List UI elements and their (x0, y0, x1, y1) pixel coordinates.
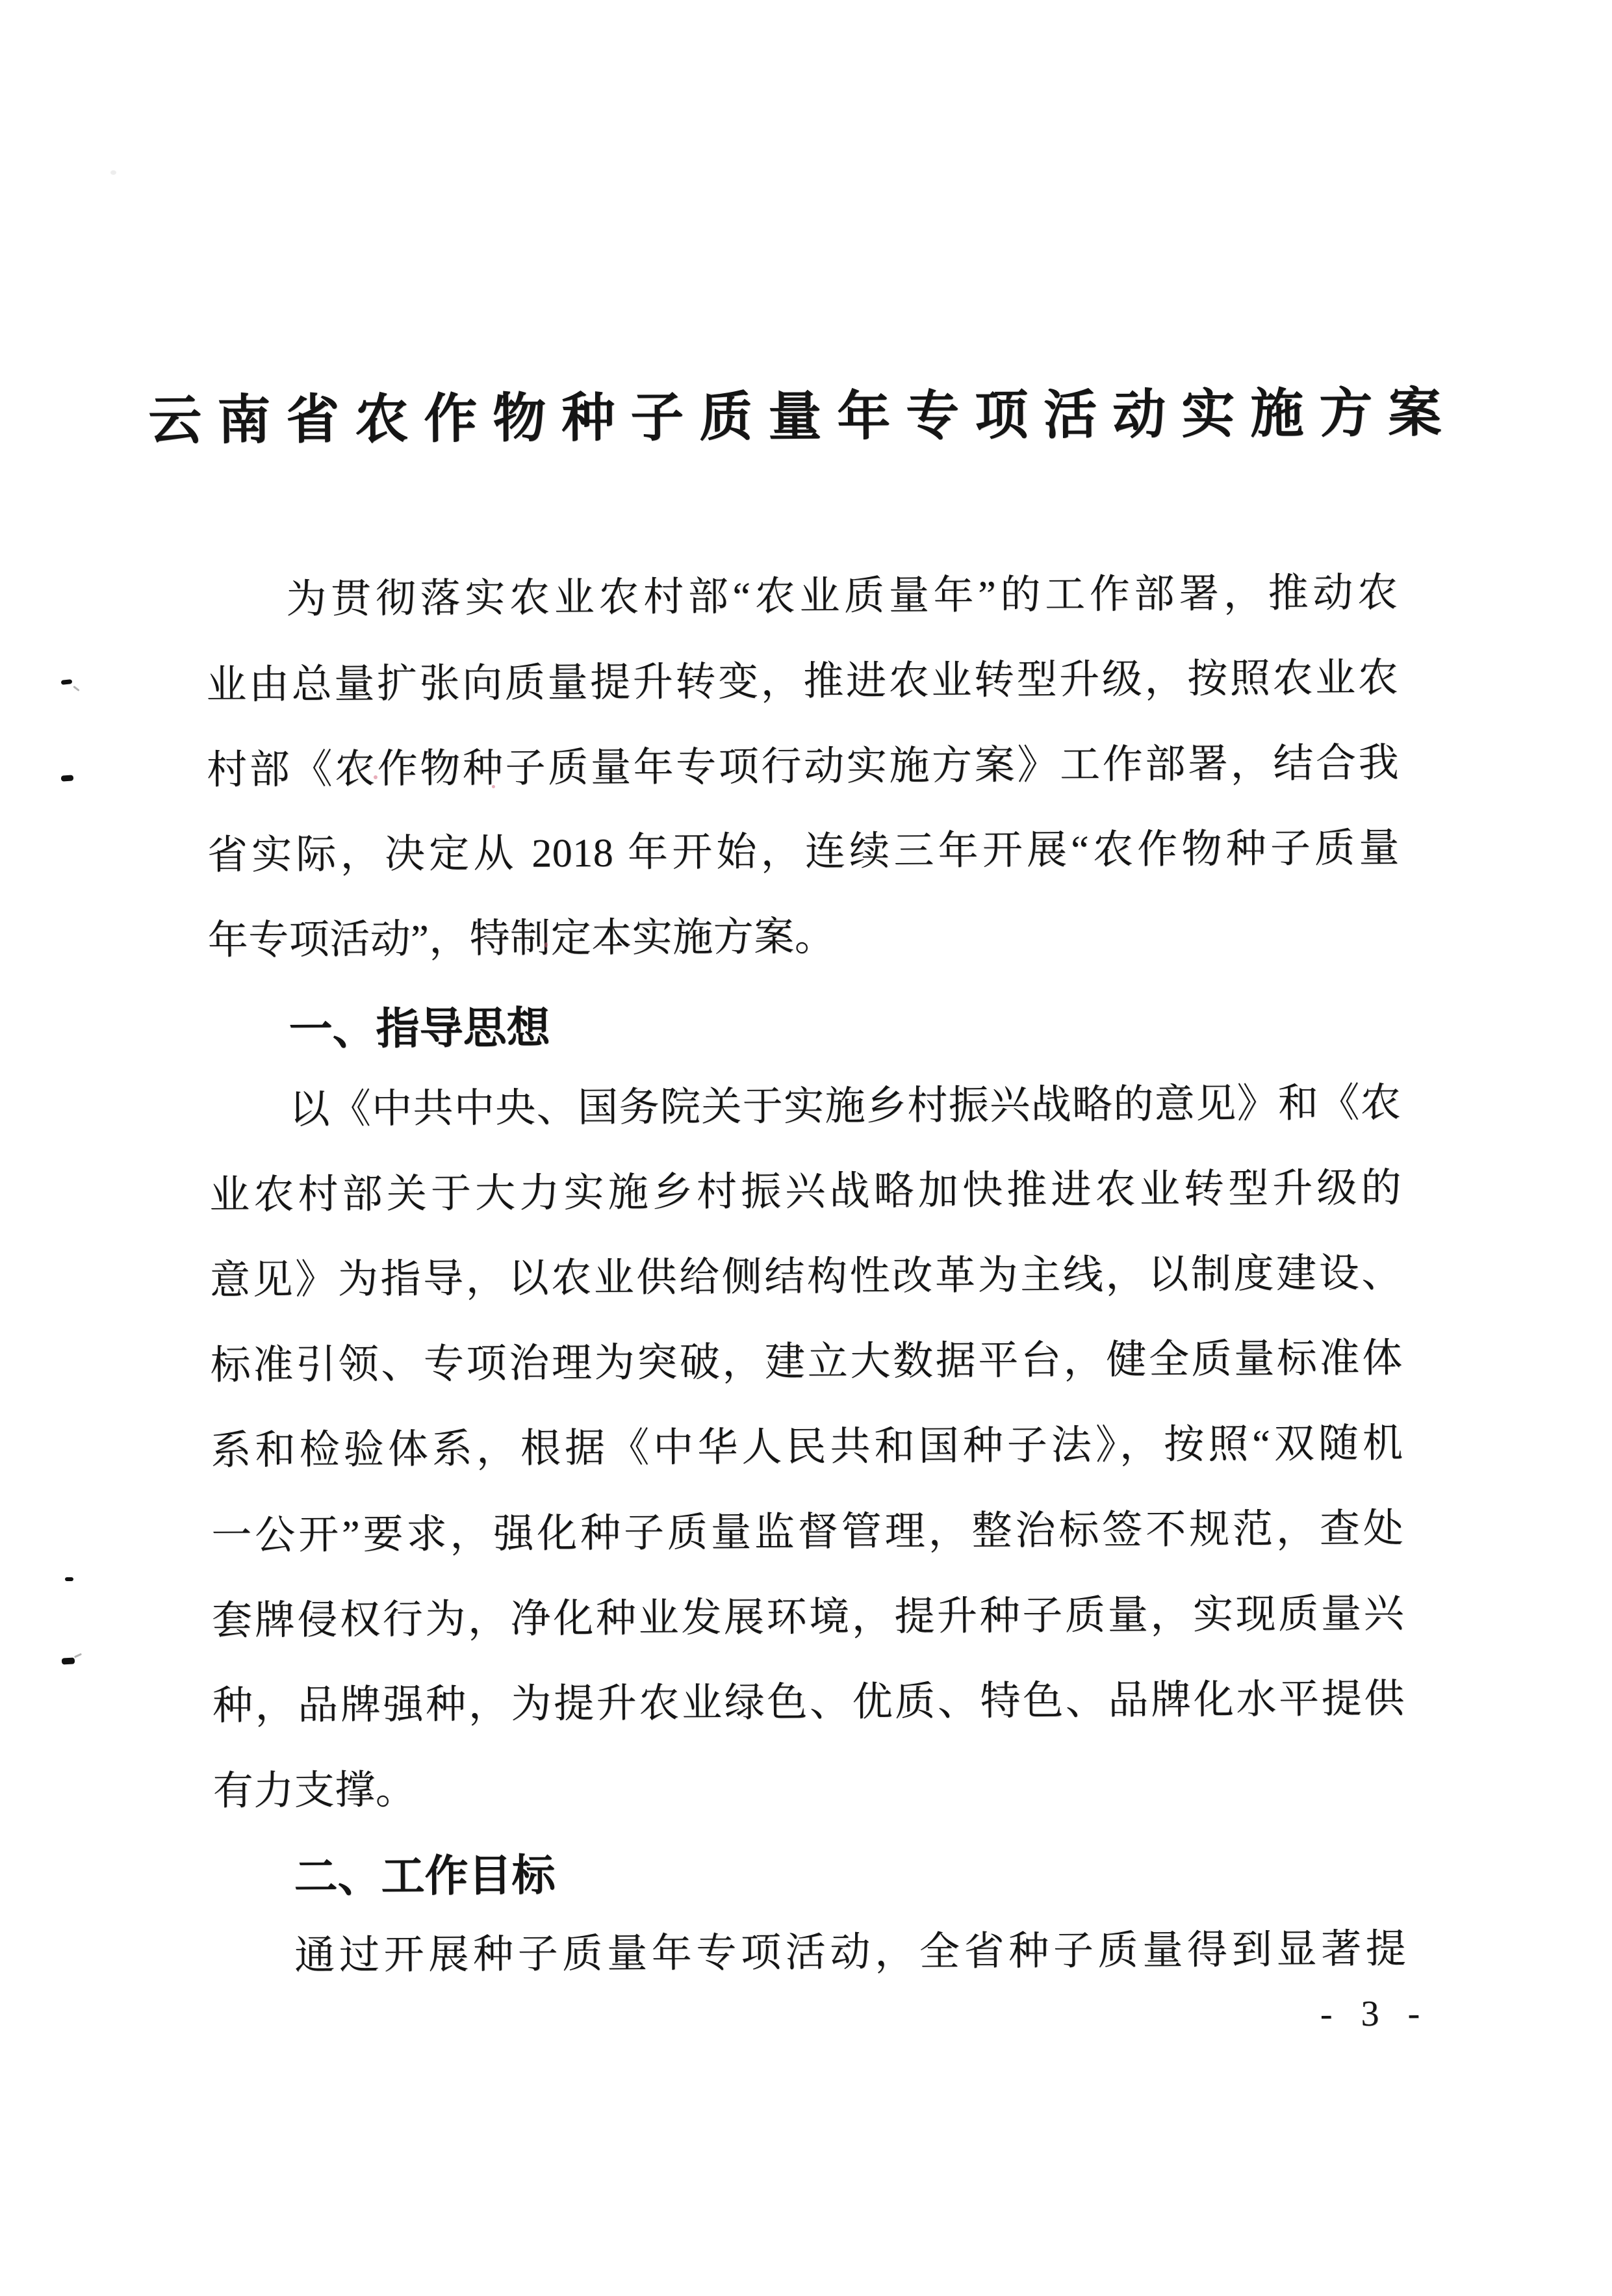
text-line: 年专项活动”，特制定本实施方案。 (207, 891, 1400, 983)
scan-mark (65, 1577, 73, 1581)
section-heading-1: 一、指导思想 (208, 980, 1401, 1072)
text-line: 业农村部关于大力实施乡村振兴战略加快推进农业转型升级的 (209, 1146, 1402, 1238)
ink-speck (374, 775, 377, 779)
text-line: 一公开”要求，强化种子质量监督管理，整治标签不规范，查处 (211, 1486, 1404, 1579)
text-line: 以《中共中央、国务院关于实施乡村振兴战略的意见》和《农 (209, 1061, 1401, 1153)
page-number: - 3 - (1320, 1993, 1424, 2035)
paragraph-guiding-ideology: 以《中共中央、国务院关于实施乡村振兴战略的意见》和《农 业农村部关于大力实施乡村… (209, 1061, 1405, 1834)
document-title: 云南省农作物种子质量年专项活动实施方案 (0, 380, 1609, 454)
scanned-document-page: 云南省农作物种子质量年专项活动实施方案 为贯彻落实农业农村部“农业质量年”的工作… (0, 0, 1612, 2296)
text-line: 为贯彻落实农业农村部“农业质量年”的工作部署，推动农 (205, 550, 1398, 643)
ink-speck (492, 785, 495, 788)
text-line: 标准引领、专项治理为突破，建立大数据平台，健全质量标准体 (210, 1316, 1403, 1408)
text-line: 套牌侵权行为，净化种业发展环境，提升种子质量，实现质量兴 (212, 1571, 1405, 1664)
ink-speck (110, 170, 116, 175)
document-content: 云南省农作物种子质量年专项活动实施方案 为贯彻落实农业农村部“农业质量年”的工作… (0, 0, 1612, 2296)
text-line: 省实际，决定从 2018 年开始，连续三年开展“农作物种子质量 (207, 806, 1400, 898)
text-line: 村部《农作物种子质量年专项行动实施方案》工作部署，结合我 (207, 721, 1400, 813)
paragraph-work-goals: 通过开展种子质量年专项活动，全省种子质量得到显著提 (214, 1907, 1407, 1999)
text-line: 系和检验体系，根据《中华人民共和国种子法》，按照“双随机 (211, 1401, 1403, 1493)
text-line: 有力支撑。 (212, 1742, 1405, 1834)
text-line: 业由总量扩张向质量提升转变，推进农业转型升级，按照农业农 (206, 636, 1399, 728)
ink-speck (544, 942, 548, 948)
section-heading-2: 二、工作目标 (213, 1827, 1406, 1920)
text-line: 种，品牌强种，为提升农业绿色、优质、特色、品牌化水平提供 (212, 1657, 1405, 1749)
text-line: 意见》为指导，以农业供给侧结构性改革为主线，以制度建设、 (210, 1231, 1403, 1323)
scan-mark (62, 1657, 75, 1664)
text-line: 通过开展种子质量年专项活动，全省种子质量得到显著提 (214, 1907, 1407, 1999)
paragraph-intro: 为贯彻落实农业农村部“农业质量年”的工作部署，推动农 业由总量扩张向质量提升转变… (205, 550, 1400, 983)
scan-mark (61, 775, 74, 781)
